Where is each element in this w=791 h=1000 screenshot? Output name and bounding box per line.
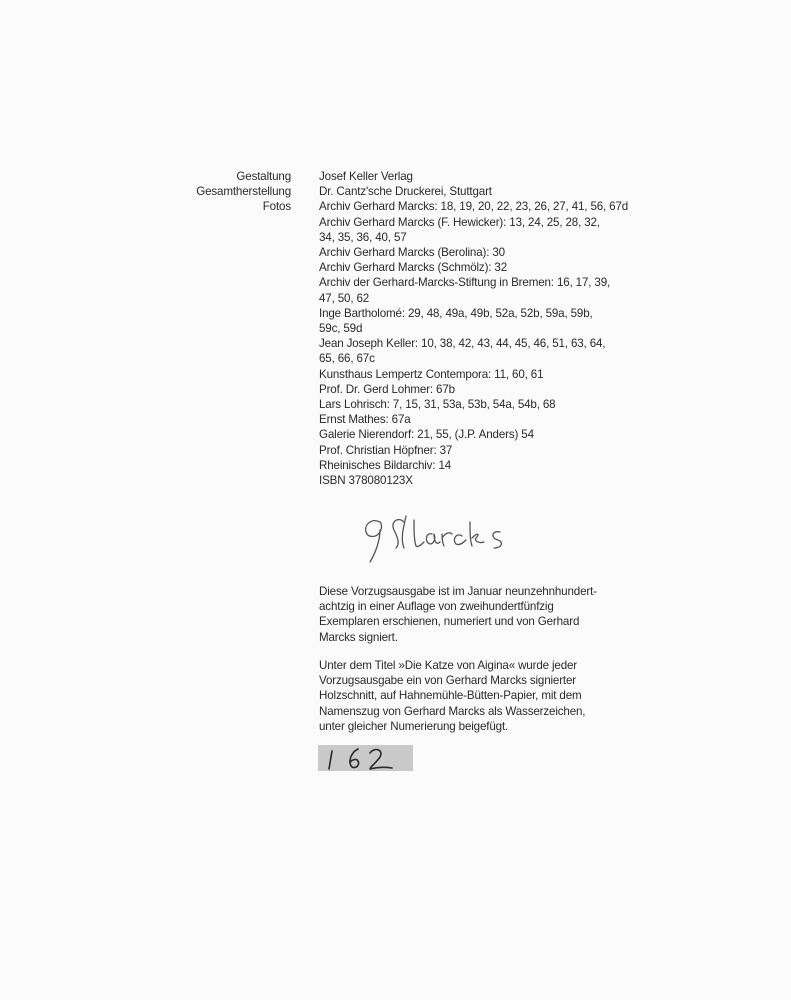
- handwritten-copy-number: [318, 739, 413, 773]
- photo-credit-line: 59c, 59d: [319, 321, 639, 336]
- edition-line: Exemplaren erschienen, numeriert und von…: [319, 614, 609, 629]
- woodcut-line: Namenszug von Gerhard Marcks als Wasserz…: [319, 704, 609, 719]
- photo-credit-line: Rheinisches Bildarchiv: 14: [319, 458, 639, 473]
- edition-line: Marcks signiert.: [319, 630, 609, 645]
- photo-credit-line: 34, 35, 36, 40, 57: [319, 230, 639, 245]
- woodcut-line: Vorzugsausgabe ein von Gerhard Marcks si…: [319, 673, 609, 688]
- isbn: ISBN 378080123X: [319, 473, 413, 488]
- photo-credit-line: Prof. Dr. Gerd Lohmer: 67b: [319, 382, 639, 397]
- photo-credit-line: Jean Joseph Keller: 10, 38, 42, 43, 44, …: [319, 336, 639, 351]
- photo-credit-line: Archiv Gerhard Marcks (Schmölz): 32: [319, 260, 639, 275]
- label-gestaltung: Gestaltung: [180, 169, 291, 184]
- photo-credit-line: Archiv Gerhard Marcks: 18, 19, 20, 22, 2…: [319, 199, 639, 214]
- handwritten-signature: [360, 508, 580, 568]
- photo-credit-line: Archiv der Gerhard-Marcks-Stiftung in Br…: [319, 275, 639, 290]
- photo-credit-line: Galerie Nierendorf: 21, 55, (J.P. Anders…: [319, 427, 639, 442]
- edition-line: Diese Vorzugsausgabe ist im Januar neunz…: [319, 584, 609, 599]
- woodcut-line: Unter dem Titel »Die Katze von Aigina« w…: [319, 658, 609, 673]
- colophon-page: Gestaltung Gesamtherstellung Fotos Josef…: [0, 0, 791, 1000]
- photo-credit-line: 65, 66, 67c: [319, 351, 639, 366]
- label-fotos: Fotos: [180, 199, 291, 214]
- photo-credit-line: Ernst Mathes: 67a: [319, 412, 639, 427]
- photo-credit-line: Archiv Gerhard Marcks (Berolina): 30: [319, 245, 639, 260]
- photo-credit-line: Kunsthaus Lempertz Contempora: 11, 60, 6…: [319, 367, 639, 382]
- photo-credit-line: Prof. Christian Höpfner: 37: [319, 443, 639, 458]
- photo-credit-line: 47, 50, 62: [319, 291, 639, 306]
- woodcut-line: unter gleicher Numerierung beigefügt.: [319, 719, 609, 734]
- value-gesamtherstellung: Dr. Cantz'sche Druckerei, Stuttgart: [319, 184, 639, 199]
- photo-credit-line: Inge Bartholomé: 29, 48, 49a, 49b, 52a, …: [319, 306, 639, 321]
- copy-number-box: [318, 745, 413, 771]
- photo-credit-line: Lars Lohrisch: 7, 15, 31, 53a, 53b, 54a,…: [319, 397, 639, 412]
- label-gesamtherstellung: Gesamtherstellung: [180, 184, 291, 199]
- colophon-values: Josef Keller Verlag Dr. Cantz'sche Druck…: [319, 169, 639, 473]
- woodcut-statement: Unter dem Titel »Die Katze von Aigina« w…: [319, 658, 609, 734]
- colophon-labels: Gestaltung Gesamtherstellung Fotos: [180, 169, 291, 215]
- photo-credit-line: Archiv Gerhard Marcks (F. Hewicker): 13,…: [319, 215, 639, 230]
- value-gestaltung: Josef Keller Verlag: [319, 169, 639, 184]
- edition-line: achtzig in einer Auflage von zweihundert…: [319, 599, 609, 614]
- woodcut-line: Holzschnitt, auf Hahnemühle-Bütten-Papie…: [319, 688, 609, 703]
- photo-credits: Archiv Gerhard Marcks: 18, 19, 20, 22, 2…: [319, 199, 639, 473]
- edition-statement: Diese Vorzugsausgabe ist im Januar neunz…: [319, 584, 609, 645]
